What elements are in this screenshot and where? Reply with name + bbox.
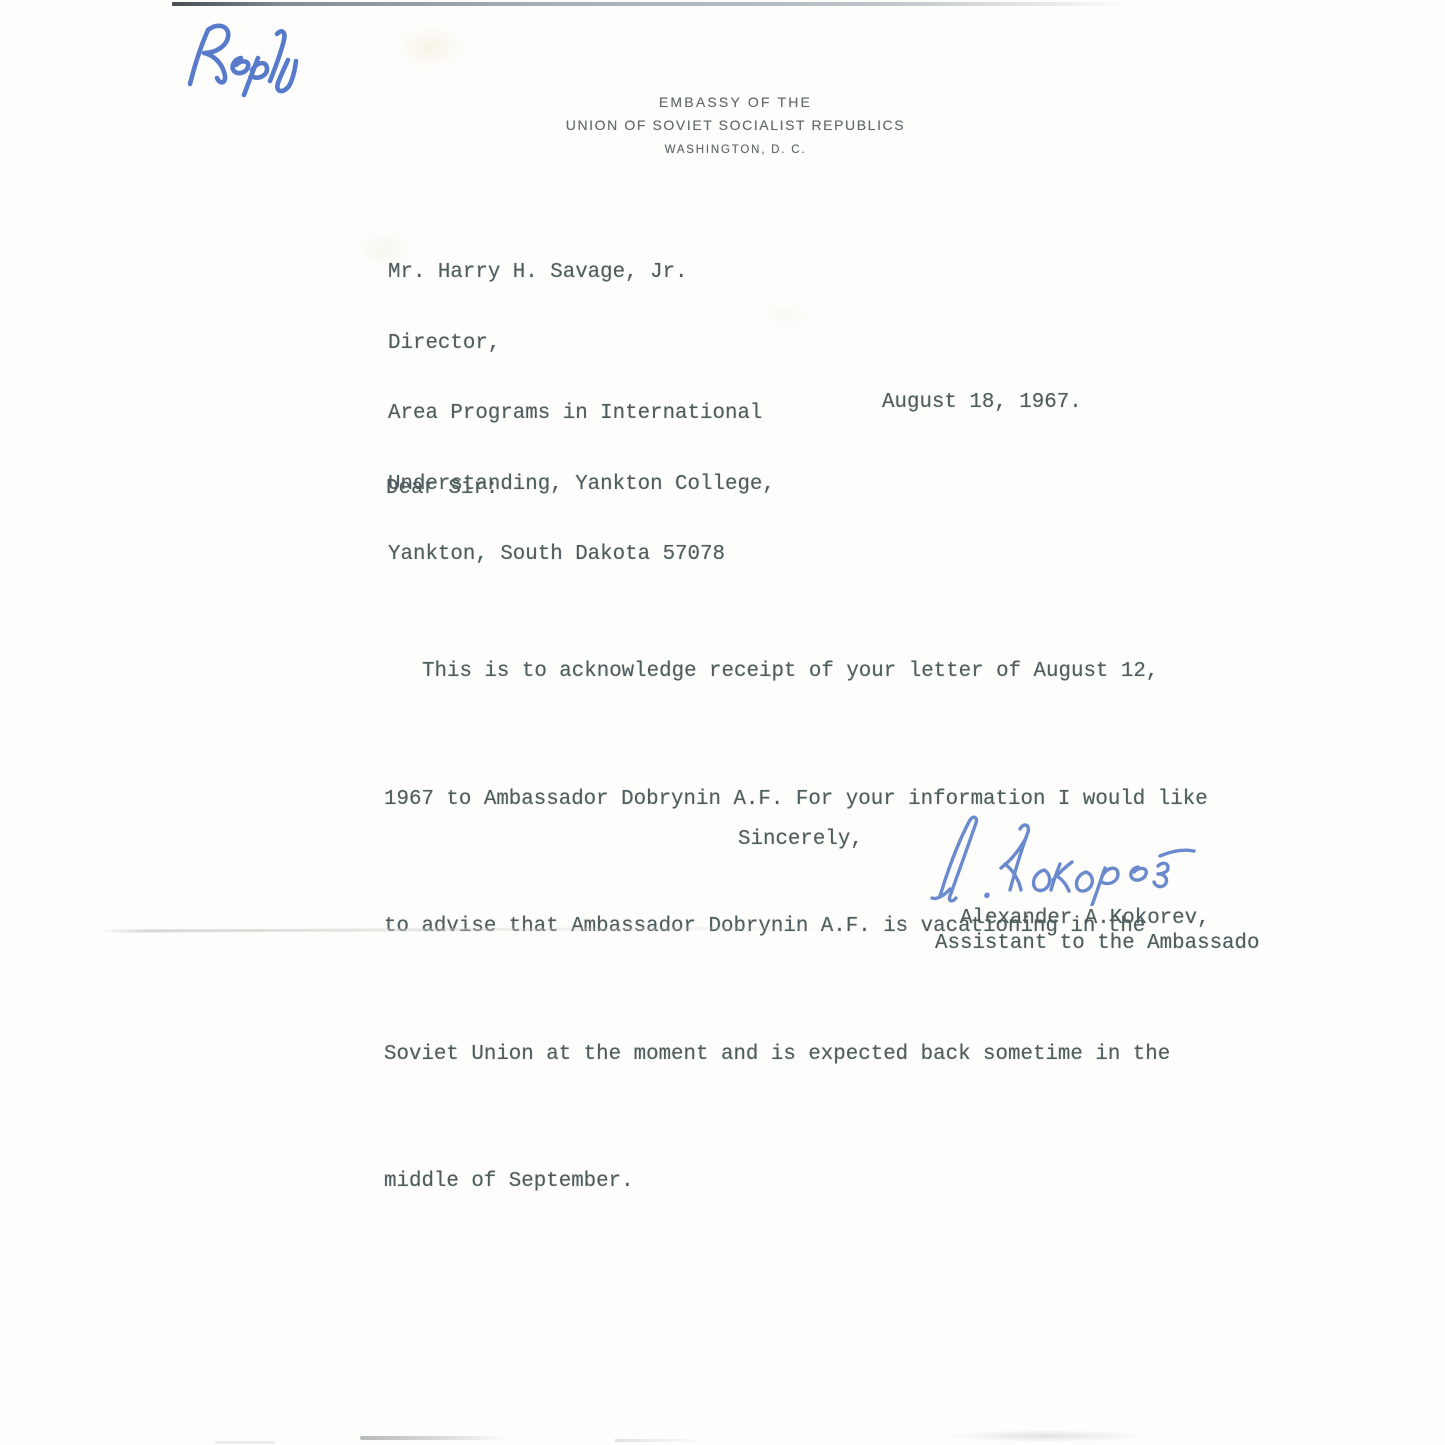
letterhead-line-2: UNION OF SOVIET SOCIALIST REPUBLICS: [26, 117, 1445, 133]
date-line: August 18, 1967.: [882, 391, 1082, 414]
paper-top-edge: [172, 2, 1130, 6]
letterhead-line-1: EMBASSY OF THE: [26, 94, 1445, 110]
scan-edge-noise: [360, 1436, 505, 1440]
signer-title: Assistant to the Ambassado: [935, 932, 1259, 955]
handwritten-reply-annotation: [178, 16, 300, 98]
body-line: This is to acknowledge receipt of your l…: [384, 651, 1208, 694]
letter-page: EMBASSY OF THE UNION OF SOVIET SOCIALIST…: [0, 0, 1445, 1445]
body-line: Soviet Union at the moment and is expect…: [384, 1034, 1208, 1077]
scan-edge-noise: [615, 1439, 705, 1442]
recipient-address-block: Mr. Harry H. Savage, Jr. Director, Area …: [388, 214, 775, 614]
scan-edge-noise: [945, 1430, 1145, 1442]
recipient-line: Director,: [388, 332, 775, 356]
signer-name: Alexander A.Kokorev,: [960, 907, 1210, 930]
letterhead-line-3: WASHINGTON, D. C.: [26, 144, 1445, 156]
salutation: Dear Sir:: [386, 477, 498, 500]
recipient-line: Mr. Harry H. Savage, Jr.: [388, 261, 775, 285]
paper-smudge: [395, 25, 465, 70]
scan-edge-noise: [215, 1441, 275, 1444]
recipient-line: Area Programs in International: [388, 402, 775, 426]
signature-ink: [898, 806, 1198, 906]
closing: Sincerely,: [738, 828, 863, 851]
body-line: middle of September.: [384, 1161, 1208, 1204]
recipient-line: Yankton, South Dakota 57078: [388, 543, 775, 567]
